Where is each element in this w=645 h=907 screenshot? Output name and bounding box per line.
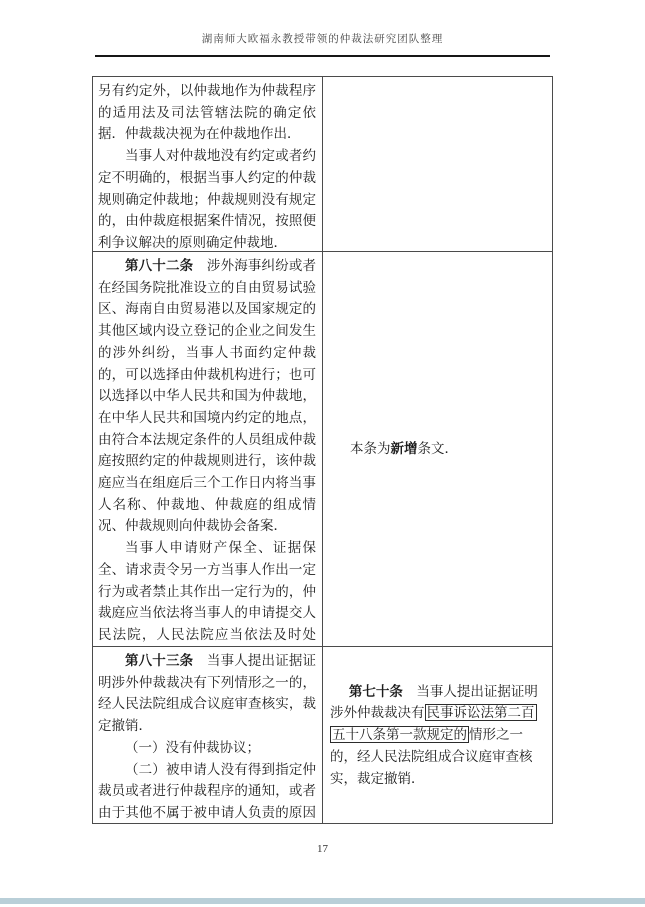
table-row: 第八十二条 涉外海事纠纷或者在经国务院批准设立的自由贸易试验区、海南自由贸易港以… xyxy=(93,252,552,647)
table-row: 另有约定外，以仲裁地作为仲裁程序的适用法及司法管辖法院的确定依据．仲裁裁决视为在… xyxy=(93,77,552,252)
paragraph: 第八十二条 涉外海事纠纷或者在经国务院批准设立的自由贸易试验区、海南自由贸易港以… xyxy=(98,255,316,537)
text-segment: （一）没有仲裁协议； xyxy=(125,740,260,755)
table-cell-left: 第八十二条 涉外海事纠纷或者在经国务院批准设立的自由贸易试验区、海南自由贸易港以… xyxy=(93,252,323,646)
paragraph: 第八十三条 当事人提出证据证明涉外仲裁裁决有下列情形之一的，经人民法院组成合议庭… xyxy=(98,650,316,737)
table-cell-right: 本条为新增条文． xyxy=(323,252,552,646)
paragraph: （一）没有仲裁协议； xyxy=(98,737,316,759)
text-segment: 另有约定外，以仲裁地作为仲裁程序的适用法及司法管辖法院的确定依据．仲裁裁决视为在… xyxy=(98,83,316,141)
article-number: 第七十条 xyxy=(349,684,403,699)
paragraph: （二）被申请人没有得到指定仲裁员或者进行仲裁程序的通知，或者由于其他不属于被申请… xyxy=(98,759,316,823)
table-cell-left: 第八十三条 当事人提出证据证明涉外仲裁裁决有下列情形之一的，经人民法院组成合议庭… xyxy=(93,647,323,823)
page-header: 湖南师大欧福永教授带领的仲裁法研究团队整理 xyxy=(0,31,645,46)
table-cell-left: 另有约定外，以仲裁地作为仲裁程序的适用法及司法管辖法院的确定依据．仲裁裁决视为在… xyxy=(93,77,323,251)
paragraph: 当事人对仲裁地没有约定或者约定不明确的，根据当事人约定的仲裁规则确定仲裁地；仲裁… xyxy=(98,145,316,251)
article-number: 第八十三条 xyxy=(125,653,193,668)
article-number: 新增 xyxy=(391,441,418,456)
text-segment: 条文． xyxy=(418,441,459,456)
paragraph: 另有约定外，以仲裁地作为仲裁程序的适用法及司法管辖法院的确定依据．仲裁裁决视为在… xyxy=(98,80,316,145)
text-segment: 本条为 xyxy=(350,441,391,456)
table-row: 第八十三条 当事人提出证据证明涉外仲裁裁决有下列情形之一的，经人民法院组成合议庭… xyxy=(93,647,552,823)
page-number: 17 xyxy=(0,843,645,855)
text-segment: （二）被申请人没有得到指定仲裁员或者进行仲裁程序的通知，或者由于其他不属于被申请… xyxy=(98,762,316,823)
text-segment: 当事人申请财产保全、证据保全、请求责令另一方当事人作出一定行为或者禁止其作出一定… xyxy=(98,540,316,646)
table-cell-right xyxy=(323,77,552,251)
paragraph: 当事人申请财产保全、证据保全、请求责令另一方当事人作出一定行为或者禁止其作出一定… xyxy=(98,537,316,646)
text-segment: 涉外海事纠纷或者在经国务院批准设立的自由贸易试验区、海南自由贸易港以及国家规定的… xyxy=(98,258,316,533)
footer-accent-bar xyxy=(0,898,645,904)
header-rule xyxy=(95,55,550,57)
paragraph: 本条为新增条文． xyxy=(350,438,458,460)
text-segment: 当事人对仲裁地没有约定或者约定不明确的，根据当事人约定的仲裁规则确定仲裁地；仲裁… xyxy=(98,148,316,250)
paragraph: 第七十条 当事人提出证据证明涉外仲裁裁决有民事诉讼法第二百五十八条第一款规定的情… xyxy=(330,681,544,790)
table-cell-right: 第七十条 当事人提出证据证明涉外仲裁裁决有民事诉讼法第二百五十八条第一款规定的情… xyxy=(323,647,552,823)
article-number: 第八十二条 xyxy=(125,258,193,273)
comparison-table: 另有约定外，以仲裁地作为仲裁程序的适用法及司法管辖法院的确定依据．仲裁裁决视为在… xyxy=(92,76,553,824)
